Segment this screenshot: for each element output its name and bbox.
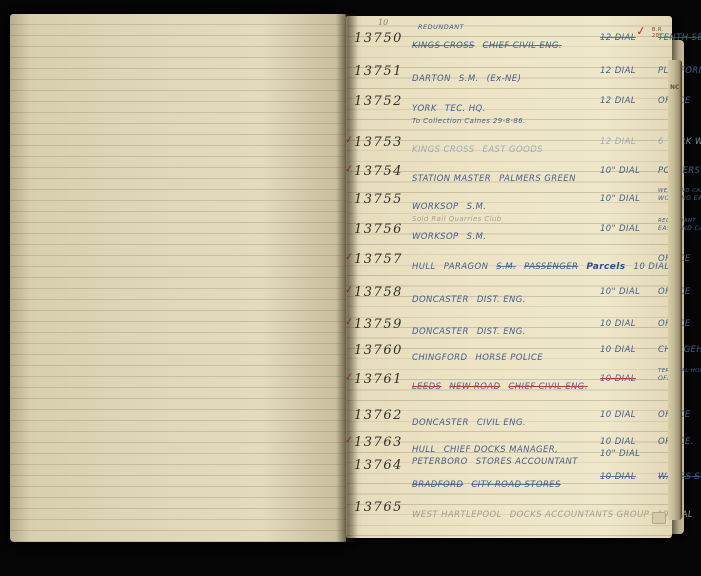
entry-text-segment: CIVIL ENG. xyxy=(477,418,526,428)
red-checkmark-icon: ✓ xyxy=(344,164,353,176)
entry-text-segment: WORKSOP xyxy=(412,232,459,242)
red-checkmark-icon: ✓ xyxy=(344,135,353,147)
page-edge-partial-text: NC xyxy=(670,84,679,91)
entry-text-segment: (Ex-NE) xyxy=(487,74,522,84)
ledger-row: 13755WORKSOPS.M.10" DIALWEST END CABIN W… xyxy=(354,192,666,222)
entry-text-segment: DONCASTER xyxy=(412,418,469,428)
red-checkmark-icon: ✓ xyxy=(344,372,353,384)
entry-line: WORKSOPS.M.10" DIALREDUNDANT EAST END CA… xyxy=(412,224,666,243)
entry-line: CHINGFORDHORSE POLICE10 DIALCHARGEHAND O… xyxy=(412,345,666,364)
ledger-row: 13764PETERBOROSTORES ACCOUNTANT10" DIALB… xyxy=(354,458,666,488)
entry-text-segment: 12 DIAL xyxy=(600,96,636,106)
photo-background: 10 ✓ B.R. 20 13750REDUNDANTKINGS CROSSCH… xyxy=(0,0,701,576)
entry-text-segment: DIST. ENG. xyxy=(477,327,526,337)
page-edge-stack: NC xyxy=(668,60,682,520)
entry-line: HULLPARAGONS.M.PASSENGERParcels10 DIALOF… xyxy=(412,254,666,273)
entry-text-segment: 10" DIAL xyxy=(600,194,640,204)
entry-line: DONCASTERCIVIL ENG.10 DIALOFFICE xyxy=(412,410,666,429)
red-checkmark-icon: ✓ xyxy=(344,252,353,264)
entry-number: 13761 xyxy=(354,372,403,387)
entry-text-segment: 12 DIAL xyxy=(600,33,636,43)
entry-line: BRADFORDCITY ROAD STORES10 DIALWAGES STA… xyxy=(412,472,666,491)
entry-text-segment: 12 DIAL xyxy=(600,66,636,76)
entry-text-segment: DONCASTER xyxy=(412,295,469,305)
entry-text-segment: S.M. xyxy=(467,232,487,242)
entry-text-segment: 10 DIAL xyxy=(600,345,636,355)
ledger-row: 13756WORKSOPS.M.10" DIALREDUNDANT EAST E… xyxy=(354,222,666,252)
red-checkmark-icon: ✓ xyxy=(344,317,353,329)
red-checkmark-icon: ✓ xyxy=(344,435,353,447)
entry-number: 13763 xyxy=(354,435,403,450)
entry-number: 13759 xyxy=(354,317,403,332)
entry-text-segment: KINGS CROSS xyxy=(412,41,475,51)
entry-text-segment: KINGS CROSS xyxy=(412,145,475,155)
entry-text-segment: DARTON xyxy=(412,74,451,84)
entry-line: To Collection Calnes 29-8-86. xyxy=(412,108,666,127)
entry-number: 13754 xyxy=(354,164,403,179)
entry-annotation-above: REDUNDANT xyxy=(418,23,464,31)
entry-text-segment: STORES ACCOUNTANT xyxy=(476,457,578,467)
entry-text-segment: CHIEF CIVIL ENG. xyxy=(483,41,562,51)
entry-text-segment: PALMERS GREEN xyxy=(499,174,576,184)
entry-text-segment: S.M. xyxy=(496,262,516,272)
ledger-row: 13751DARTONS.M.(Ex-NE)12 DIALPLATFORM. xyxy=(354,64,666,94)
ledger-row: ✓13758DONCASTERDIST. ENG.10" DIALOFFICE xyxy=(354,285,666,315)
entry-number: 13753 xyxy=(354,135,403,150)
ledger-row: 13750REDUNDANTKINGS CROSSCHIEF CIVIL ENG… xyxy=(354,31,666,61)
entry-text-segment: Parcels xyxy=(586,262,625,272)
entry-text-segment: 10" DIAL xyxy=(600,449,640,459)
entry-text-segment: NEW ROAD xyxy=(449,382,500,392)
red-checkmark-icon: ✓ xyxy=(344,285,353,297)
entry-number: 13765 xyxy=(354,500,403,515)
ledger-entries: 10 ✓ B.R. 20 13750REDUNDANTKINGS CROSSCH… xyxy=(354,16,666,536)
ledger-row: ✓13753KINGS CROSSEAST GOODS12 DIAL6 YORK… xyxy=(354,135,666,165)
entry-number: 13760 xyxy=(354,343,403,358)
entry-text-segment: CHINGFORD xyxy=(412,353,467,363)
entry-line: KINGS CROSSCHIEF CIVIL ENG.12 DIALTENTH … xyxy=(412,33,666,52)
entry-number: 13752 xyxy=(354,94,403,109)
entry-text-segment: 10" DIAL xyxy=(600,287,640,297)
entry-text-segment: 10" DIAL xyxy=(600,224,640,234)
entry-text-segment: 10 DIAL xyxy=(600,374,636,384)
entry-text-segment: EAST GOODS xyxy=(483,145,543,155)
entry-text-segment: 10 DIAL xyxy=(600,437,636,447)
entry-number: 13756 xyxy=(354,222,403,237)
entry-text-segment: DOCKS ACCOUNTANTS GROUP xyxy=(510,510,649,520)
entry-text-segment: PASSENGER xyxy=(524,262,578,272)
entry-line: KINGS CROSSEAST GOODS12 DIAL6 YORK WAY xyxy=(412,137,666,156)
entry-text-segment: DIST. ENG. xyxy=(477,295,526,305)
page-number-note: 10 xyxy=(378,18,388,27)
entry-text-segment: TENTH SECTION. xyxy=(658,33,701,43)
page-corner-fold xyxy=(652,512,666,524)
ledger-row: ✓13761LEEDSNEW ROADCHIEF CIVIL ENG.10 DI… xyxy=(354,372,666,402)
entry-line: LEEDSNEW ROADCHIEF CIVIL ENG.10 DIALTERM… xyxy=(412,374,666,393)
left-page-blank xyxy=(10,14,346,542)
entry-line: PETERBOROSTORES ACCOUNTANT10" DIAL xyxy=(412,449,666,468)
entry-text-segment: CHIEF CIVIL ENG. xyxy=(508,382,587,392)
ledger-row: 13760CHINGFORDHORSE POLICE10 DIALCHARGEH… xyxy=(354,343,666,373)
ledger-row: 13765WEST HARTLEPOOLDOCKS ACCOUNTANTS GR… xyxy=(354,500,666,530)
entry-number: 13758 xyxy=(354,285,403,300)
entry-number: 13762 xyxy=(354,408,403,423)
entry-text-segment: BRADFORD xyxy=(412,480,463,490)
right-page: 10 ✓ B.R. 20 13750REDUNDANTKINGS CROSSCH… xyxy=(346,16,672,538)
entry-text-segment: HORSE POLICE xyxy=(475,353,543,363)
entry-line: WEST HARTLEPOOLDOCKS ACCOUNTANTS GROUP10… xyxy=(412,502,666,521)
entry-number: 13764 xyxy=(354,458,403,473)
entry-text-segment: To Collection Calnes 29-8-86. xyxy=(412,117,526,125)
ledger-row: 13762DONCASTERCIVIL ENG.10 DIALOFFICE xyxy=(354,408,666,438)
entry-line: STATION MASTERPALMERS GREEN10" DIALPORTE… xyxy=(412,166,666,185)
entry-text-segment: 10 DIAL xyxy=(600,472,636,482)
entry-text-segment: PETERBORO xyxy=(412,457,468,467)
entry-text-segment: 10 DIAL xyxy=(600,410,636,420)
entry-number: 13755 xyxy=(354,192,403,207)
entry-text-segment: LEEDS xyxy=(412,382,441,392)
ledger-row: ✓13754STATION MASTERPALMERS GREEN10" DIA… xyxy=(354,164,666,194)
entry-text-segment: CITY ROAD STORES xyxy=(471,480,561,490)
entry-text-segment: PARAGON xyxy=(444,262,489,272)
entry-text-segment: 12 DIAL xyxy=(600,137,636,147)
entry-line: DARTONS.M.(Ex-NE)12 DIALPLATFORM. xyxy=(412,66,666,85)
entry-text-segment: S.M. xyxy=(459,74,479,84)
entry-number: 13750 xyxy=(354,31,403,46)
entry-text-segment: HULL xyxy=(412,262,436,272)
entry-text-segment: WEST HARTLEPOOL xyxy=(412,510,502,520)
ledger-row: 13752YORKTEC. HQ.12 DIALOFFICETo Collect… xyxy=(354,94,666,124)
ledger-row: ✓13757HULLPARAGONS.M.PASSENGERParcels10 … xyxy=(354,252,666,282)
entry-text-segment: 10 DIAL xyxy=(600,319,636,329)
entry-number: 13757 xyxy=(354,252,403,267)
entry-line: DONCASTERDIST. ENG.10" DIALOFFICE xyxy=(412,287,666,306)
entry-text-segment: DONCASTER xyxy=(412,327,469,337)
entry-number: 13751 xyxy=(354,64,403,79)
entry-line: DONCASTERDIST. ENG.10 DIALOFFICE xyxy=(412,319,666,338)
entry-text-segment: STATION MASTER xyxy=(412,174,491,184)
entry-text-segment: 10" DIAL xyxy=(600,166,640,176)
